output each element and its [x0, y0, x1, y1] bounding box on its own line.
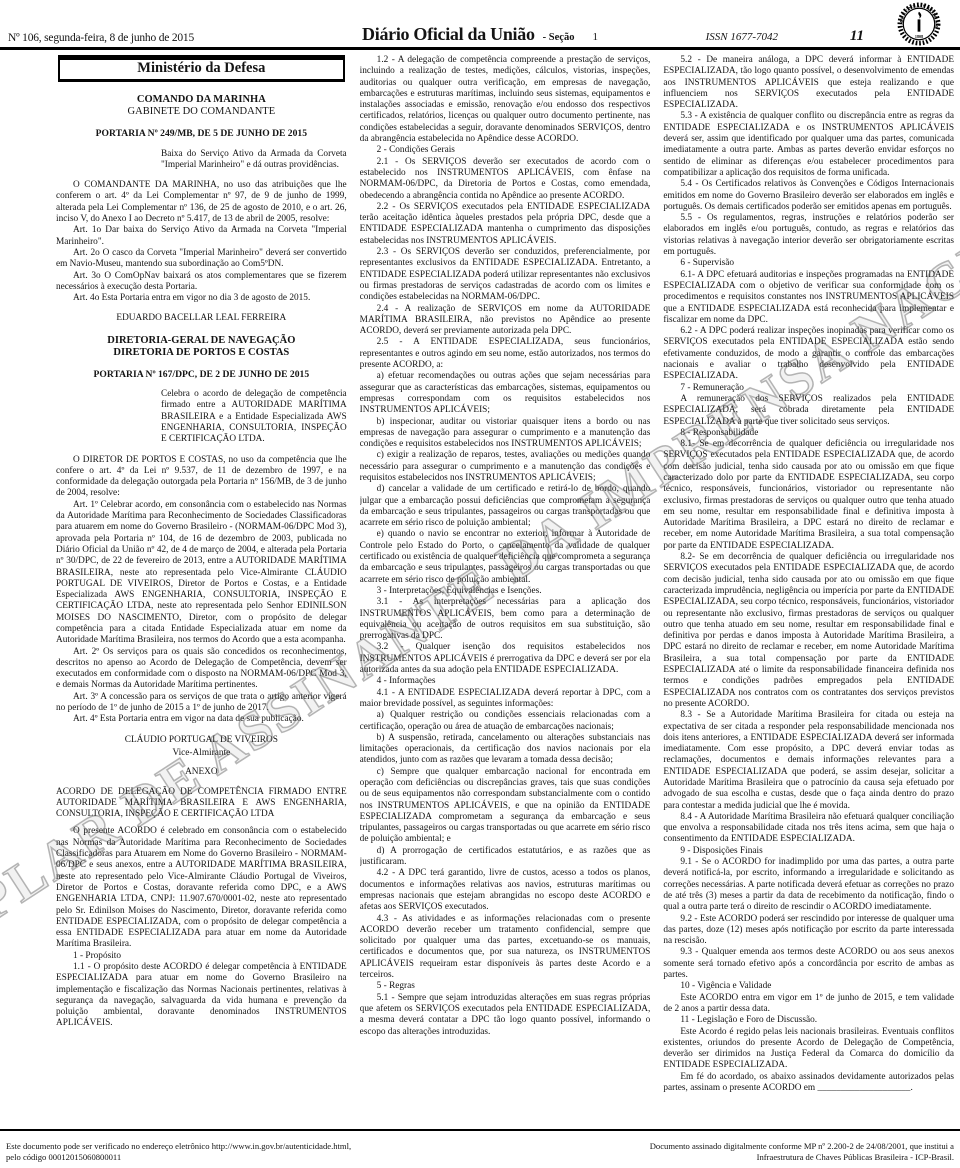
signature-note: Documento assinado digitalmente conforme… — [484, 1141, 954, 1163]
paragraph: O COMANDANTE DA MARINHA, no uso das atri… — [56, 180, 347, 225]
header-rule — [0, 47, 960, 50]
signatory-rank: Vice-Almirante — [56, 748, 347, 759]
paragraph: 4.3 - As atividades e as informações rel… — [360, 914, 651, 982]
page-body: Ministério da DefesaCOMANDO DA MARINHAGA… — [56, 55, 954, 1126]
paragraph: 8.2- Se em decorrência de qualquer defic… — [663, 552, 954, 710]
paragraph: d) A prorrogação de certificados estatut… — [360, 846, 651, 869]
paragraph: 3.2 - Qualquer isenção dos requisitos es… — [360, 642, 651, 676]
paragraph: 6.1- A DPC efetuará auditorias e inspeçõ… — [663, 270, 954, 326]
paragraph: Art. 3o O ComOpNav baixará os atos compl… — [56, 271, 347, 294]
paragraph: Art. 1o Dar baixa do Serviço Ativo da Ar… — [56, 225, 347, 248]
paragraph: Art. 2o O casco da Corveta "Imperial Mar… — [56, 248, 347, 271]
paragraph: 5.1 - Sempre que sejam introduzidas alte… — [360, 993, 651, 1038]
paragraph: 6 - Supervisão — [663, 258, 954, 269]
column-right: 5.2 - De maneira análoga, a DPC deverá i… — [663, 55, 954, 1126]
signatory-name: CLÁUDIO PORTUGAL DE VIVEIROS — [56, 735, 347, 746]
paragraph: 2.3 - Os SERVIÇOS deverão ser conduzidos… — [360, 247, 651, 303]
imprensa-nacional-seal-icon: IMPRENSA NACIONAL 1808 — [894, 1, 944, 47]
paragraph: b) inspecionar, auditar ou vistoriar qua… — [360, 417, 651, 451]
org-heading: DIRETORIA-GERAL DE NAVEGAÇÃO — [56, 335, 347, 347]
org-heading: DIRETORIA DE PORTOS E COSTAS — [56, 347, 347, 359]
paragraph: 7 - Remuneração — [663, 383, 954, 394]
portaria-title: PORTARIA Nº 167/DPC, DE 2 DE JUNHO DE 20… — [56, 369, 347, 380]
paragraph: 9.1 - Se o ACORDO for inadimplido por um… — [663, 857, 954, 913]
paragraph: O presente ACORDO é celebrado em consonâ… — [56, 826, 347, 950]
portaria-title: PORTARIA Nº 249/MB, DE 5 DE JUNHO DE 201… — [56, 128, 347, 139]
paragraph: 5.4 - Os Certificados relativos às Conve… — [663, 179, 954, 213]
paragraph: 6.2 - A DPC poderá realizar inspeções in… — [663, 326, 954, 382]
verification-url-line: Este documento pode ser verificado no en… — [6, 1141, 436, 1152]
paragraph: 9.2 - Este ACORDO poderá ser rescindido … — [663, 914, 954, 948]
paragraph: d) cancelar a validade de um certificado… — [360, 484, 651, 529]
paragraph: 5.3 - A existência de qualquer conflito … — [663, 111, 954, 179]
paragraph: a) Qualquer restrição ou condições essen… — [360, 710, 651, 733]
column-middle: 1.2 - A delegação de competência compree… — [360, 55, 651, 1126]
issn-label: ISSN 1677-7042 — [706, 31, 778, 43]
dou-page: Nº 106, segunda-feira, 8 de junho de 201… — [0, 0, 960, 1168]
paragraph: Art. 4º Esta Portaria entra em vigor na … — [56, 714, 347, 725]
paragraph: 8.3 - Se a Autoridade Marítima Brasileir… — [663, 710, 954, 812]
section-number: 1 — [592, 31, 598, 43]
paragraph: 2.5 - A ENTIDADE ESPECIALIZADA, seus fun… — [360, 337, 651, 371]
paragraph: A remuneração dos SERVIÇOS realizados pe… — [663, 394, 954, 428]
paragraph: 2.4 - A realização de SERVIÇOS em nome d… — [360, 304, 651, 338]
paragraph: c) exigir a realização de reparos, teste… — [360, 450, 651, 484]
paragraph: 8.1- Se em decorrência de qualquer defic… — [663, 439, 954, 552]
paragraph: 5.5 - Os regulamentos, regras, instruçõe… — [663, 213, 954, 258]
footer-rule — [0, 1129, 960, 1131]
ementa-summary: Baixa do Serviço Ativo da Armada da Corv… — [161, 149, 347, 172]
paragraph: 8 - Responsabilidade — [663, 428, 954, 439]
agreement-title: ACORDO DE DELEGAÇÃO DE COMPETÊNCIA FIRMA… — [56, 787, 347, 821]
paragraph: 3.1 - As interpretações necessárias para… — [360, 597, 651, 642]
paragraph: 1 - Propósito — [56, 951, 347, 962]
digital-signature-line2: Infraestrutura de Chaves Públicas Brasil… — [484, 1152, 954, 1163]
paragraph: a) efetuar recomendações ou outras ações… — [360, 371, 651, 416]
verification-note: Este documento pode ser verificado no en… — [6, 1141, 436, 1163]
paragraph: Este Acordo é regido pelas leis nacionai… — [663, 1027, 954, 1072]
paragraph: 4.1 - A ENTIDADE ESPECIALIZADA deverá re… — [360, 688, 651, 711]
paragraph: e) quando o navio se encontrar no exteri… — [360, 529, 651, 585]
paragraph: c) Sempre que qualquer embarcação nacion… — [360, 767, 651, 846]
paragraph: 1.2 - A delegação de competência compree… — [360, 55, 651, 145]
paragraph: Este ACORDO entra em vigor em 1º de junh… — [663, 993, 954, 1016]
paragraph: 4.2 - A DPC terá garantido, livre de cus… — [360, 868, 651, 913]
paragraph: 5 - Regras — [360, 981, 651, 992]
ementa-summary: Celebra o acordo de delegação de competê… — [161, 389, 347, 445]
paragraph: 2 - Condições Gerais — [360, 145, 651, 156]
section-label: - Seção — [543, 32, 575, 43]
paragraph: Em fé do acordado, os abaixo assinados d… — [663, 1072, 954, 1095]
masthead: Diário Oficial da União - Seção 1 — [0, 24, 960, 45]
page-number: 11 — [850, 28, 864, 45]
ministry-header: Ministério da Defesa — [58, 55, 345, 82]
verification-code-line: pelo código 00012015060800011 — [6, 1152, 436, 1163]
paragraph: 8.4 - A Autoridade Marítima Brasileira n… — [663, 812, 954, 846]
paragraph: Art. 3º A concessão para os serviços de … — [56, 692, 347, 715]
paragraph: b) A suspensão, retirada, cancelamento o… — [360, 733, 651, 767]
digital-signature-line1: Documento assinado digitalmente conforme… — [484, 1141, 954, 1152]
paragraph: 2.1 - Os SERVIÇOS deverão ser executados… — [360, 157, 651, 202]
paragraph: Art. 4o Esta Portaria entra em vigor no … — [56, 293, 347, 304]
paragraph: 2.2 - Os SERVIÇOS executados pela ENTIDA… — [360, 202, 651, 247]
paragraph: 11 - Legislação e Foro de Discussão. — [663, 1015, 954, 1026]
org-heading: COMANDO DA MARINHA — [56, 94, 347, 106]
paragraph: 3 - Interpretações, Equivalências e Isen… — [360, 586, 651, 597]
paragraph: 9 - Disposições Finais — [663, 846, 954, 857]
paragraph: 4 - Informações — [360, 676, 651, 687]
paragraph: Art. 1º Celebrar acordo, em consonância … — [56, 500, 347, 647]
svg-text:1808: 1808 — [915, 34, 923, 39]
page-header: Nº 106, segunda-feira, 8 de junho de 201… — [0, 0, 960, 47]
paragraph: 9.3 - Qualquer emenda aos termos deste A… — [663, 947, 954, 981]
annex-title: ANEXO — [56, 767, 347, 778]
paragraph: Art. 2º Os serviços para os quais são co… — [56, 647, 347, 692]
paragraph: 10 - Vigência e Validade — [663, 981, 954, 992]
paragraph: 5.2 - De maneira análoga, a DPC deverá i… — [663, 55, 954, 111]
paragraph: O DIRETOR DE PORTOS E COSTAS, no uso da … — [56, 455, 347, 500]
gazette-title: Diário Oficial da União — [362, 24, 535, 44]
org-subheading: GABINETE DO COMANDANTE — [56, 106, 347, 118]
signatory-name: EDUARDO BACELLAR LEAL FERREIRA — [56, 313, 347, 324]
paragraph: 1.1 - O propósito deste ACORDO é delegar… — [56, 962, 347, 1030]
column-left: Ministério da DefesaCOMANDO DA MARINHAGA… — [56, 55, 347, 1126]
